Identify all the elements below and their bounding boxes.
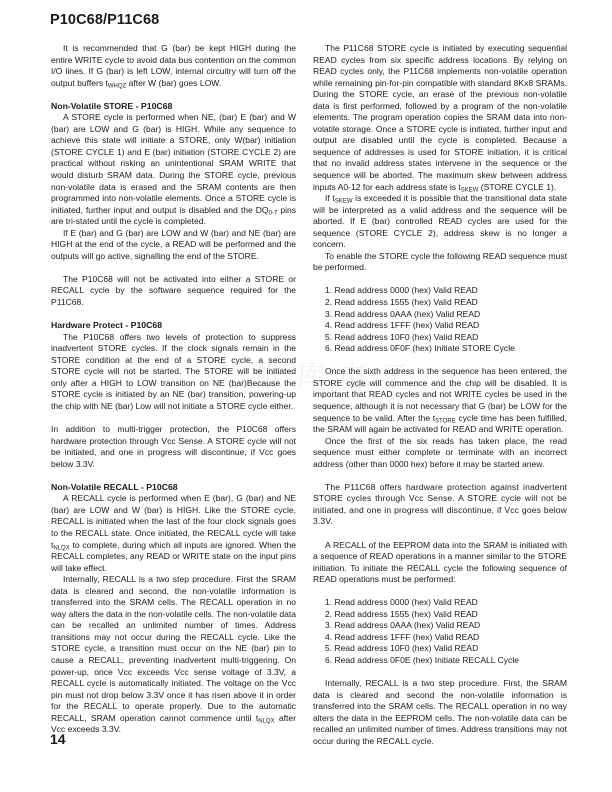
section-heading-store: Non-Volatile STORE - P10C68 — [51, 101, 296, 113]
right-column: The P11C68 STORE cycle is initiated by e… — [313, 43, 567, 747]
list-item: 3. Read address 0AAA (hex) Valid READ — [325, 620, 567, 632]
p11-store-paragraph-3: To enable the STORE cycle the following … — [313, 251, 567, 274]
store-paragraph-3: The P10C68 will not be activated into ei… — [51, 274, 296, 309]
hardware-paragraph-1: The P10C68 offers two levels of protecti… — [51, 332, 296, 413]
store-paragraph-2: If E (bar) and G (bar) are LOW and W (ba… — [51, 228, 296, 263]
p11-hardware-protect-paragraph: The P11C68 offers hardware protection ag… — [313, 482, 567, 528]
page-header-title: P10C68/P11C68 — [50, 12, 159, 28]
list-item: 2. Read address 1555 (hex) Valid READ — [325, 297, 567, 309]
list-item: 6. Read address 0F0E (hex) Initiate RECA… — [325, 655, 567, 667]
p11-store-paragraph-1: The P11C68 STORE cycle is initiated by e… — [313, 43, 567, 193]
section-heading-hardware-protect: Hardware Protect - P10C68 — [51, 320, 296, 332]
list-item: 4. Read address 1FFF (hex) Valid READ — [325, 320, 567, 332]
store-paragraph-1: A STORE cycle is performed when NE, (bar… — [51, 112, 296, 227]
p11-store-paragraph-2: If tSKEW is exceeded it is possible that… — [313, 193, 567, 251]
list-item: 5. Read address 10F0 (hex) Valid READ — [325, 332, 567, 344]
intro-paragraph: It is recommended that G (bar) be kept H… — [51, 43, 296, 89]
after-store-paragraph-1: Once the sixth address in the sequence h… — [313, 366, 567, 435]
hardware-paragraph-2: In addition to multi-trigger protection,… — [51, 424, 296, 470]
store-read-sequence-list: 1. Read address 0000 (hex) Valid READ 2.… — [313, 285, 567, 354]
page-number: 14 — [50, 731, 66, 747]
recall-sequence-intro: A RECALL of the EEPROM data into the SRA… — [313, 540, 567, 586]
list-item: 5. Read address 10F0 (hex) Valid READ — [325, 643, 567, 655]
internal-recall-paragraph: Internally, RECALL is a two step procedu… — [313, 678, 567, 747]
left-column: It is recommended that G (bar) be kept H… — [51, 43, 296, 736]
after-store-paragraph-2: Once the first of the six reads has take… — [313, 436, 567, 471]
list-item: 6. Read address 0F0F (hex) Initiate STOR… — [325, 343, 567, 355]
list-item: 2. Read address 1555 (hex) Valid READ — [325, 609, 567, 621]
section-heading-recall: Non-Volatile RECALL - P10C68 — [51, 482, 296, 494]
list-item: 1. Read address 0000 (hex) Valid READ — [325, 285, 567, 297]
list-item: 1. Read address 0000 (hex) Valid READ — [325, 597, 567, 609]
list-item: 4. Read address 1FFF (hex) Valid READ — [325, 632, 567, 644]
recall-paragraph-2: Internally, RECALL is a two step procedu… — [51, 574, 296, 736]
recall-paragraph-1: A RECALL cycle is performed when E (bar)… — [51, 493, 296, 574]
recall-read-sequence-list: 1. Read address 0000 (hex) Valid READ 2.… — [313, 597, 567, 666]
list-item: 3. Read address 0AAA (hex) Valid READ — [325, 309, 567, 321]
